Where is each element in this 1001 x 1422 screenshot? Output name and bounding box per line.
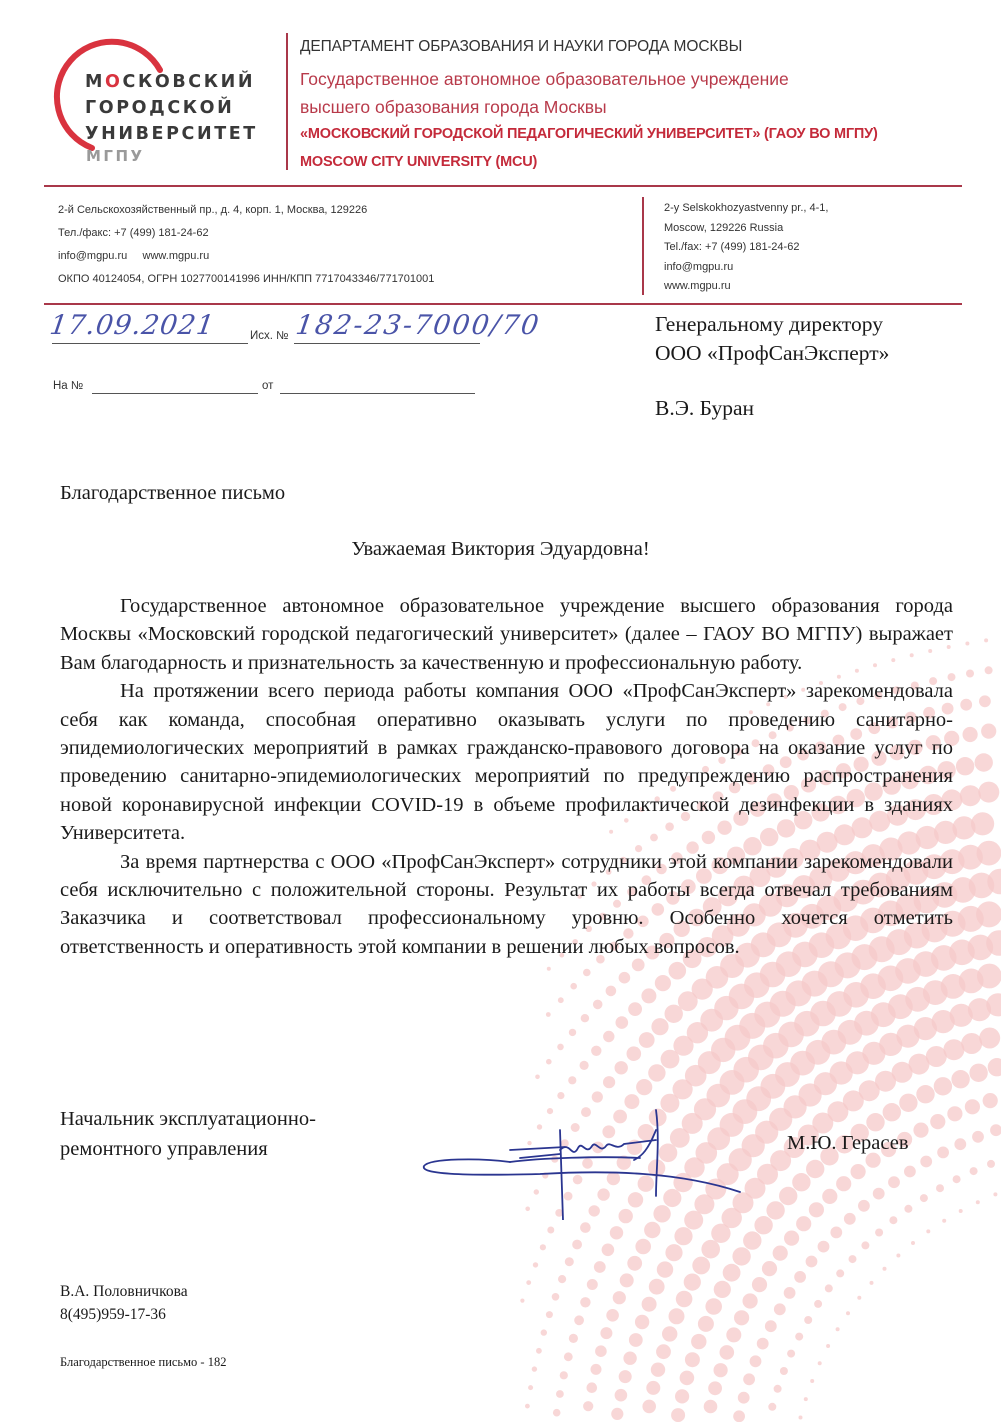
reply-to-label: На № bbox=[53, 380, 83, 392]
recipient-name: В.Э. Буран bbox=[655, 396, 754, 421]
reply-from-label: от bbox=[262, 380, 273, 392]
org-line-1: Государственное автономное образовательн… bbox=[300, 65, 878, 93]
document-type: Благодарственное письмо bbox=[60, 482, 285, 505]
paragraph-1: Государственное автономное образовательн… bbox=[60, 592, 953, 677]
outgoing-number-underline bbox=[294, 343, 480, 344]
org-name-ru: «МОСКОВСКИЙ ГОРОДСКОЙ ПЕДАГОГИЧЕСКИЙ УНИ… bbox=[300, 121, 878, 149]
org-line-2: высшего образования города Москвы bbox=[300, 93, 878, 121]
department-name: ДЕПАРТАМЕНТ ОБРАЗОВАНИЯ И НАУКИ ГОРОДА М… bbox=[300, 37, 878, 65]
address-en-line1: 2-y Selskokhozyastvenny pr., 4-1, bbox=[664, 200, 828, 220]
logo-line-2: ГОРОДСКОЙ bbox=[85, 95, 258, 121]
salutation: Уважаемая Виктория Эдуардовна! bbox=[0, 538, 1001, 561]
website-en-link[interactable]: www.mgpu.ru bbox=[664, 278, 828, 298]
website-link[interactable]: www.mgpu.ru bbox=[143, 250, 210, 262]
phone-en: Tel./fax: +7 (499) 181-24-62 bbox=[664, 239, 828, 259]
header-rule-bottom bbox=[44, 303, 962, 305]
address-en-line2: Moscow, 129226 Russia bbox=[664, 220, 828, 240]
outgoing-number-label: Исх. № bbox=[250, 330, 289, 342]
registration-codes: ОКПО 40124054, ОГРН 1027700141996 ИНН/КП… bbox=[58, 271, 434, 294]
address-en-block: 2-y Selskokhozyastvenny pr., 4-1, Moscow… bbox=[664, 200, 828, 298]
letter-body: Государственное автономное образовательн… bbox=[60, 592, 953, 961]
paragraph-2: На протяжении всего периода работы компа… bbox=[60, 677, 953, 847]
executor-phone: 8(495)959-17-36 bbox=[60, 1303, 188, 1326]
letterhead-org-block: ДЕПАРТАМЕНТ ОБРАЗОВАНИЯ И НАУКИ ГОРОДА М… bbox=[300, 37, 878, 177]
address-ru: 2-й Сельскохозяйственный пр., д. 4, корп… bbox=[58, 202, 434, 225]
date-underline bbox=[52, 343, 248, 344]
handwritten-signature-icon bbox=[420, 1100, 750, 1220]
logo-wordmark: МОСКОВСКИЙ ГОРОДСКОЙ УНИВЕРСИТЕТ bbox=[85, 69, 258, 147]
executor-block: В.А. Половничкова 8(495)959-17-36 bbox=[60, 1280, 188, 1326]
handwritten-outgoing-number: 182-23-7000/70 bbox=[294, 310, 543, 341]
executor-name: В.А. Половничкова bbox=[60, 1280, 188, 1303]
signer-title-line1: Начальник эксплуатационно- bbox=[60, 1104, 316, 1134]
paragraph-3: За время партнерства с ООО «ПрофСанЭкспе… bbox=[60, 848, 953, 962]
recipient-company: ООО «ПрофСанЭксперт» bbox=[655, 339, 889, 368]
contacts-ru: info@mgpu.ru www.mgpu.ru bbox=[58, 248, 434, 271]
logo-line-3: УНИВЕРСИТЕТ bbox=[85, 121, 258, 147]
signer-name: М.Ю. Герасев bbox=[787, 1132, 909, 1155]
handwritten-date: 17.09.2021 bbox=[48, 310, 217, 341]
document-footer-code: Благодарственное письмо - 182 bbox=[60, 1355, 226, 1370]
address-divider bbox=[642, 197, 644, 295]
recipient-block: Генеральному директору ООО «ПрофСанЭкспе… bbox=[655, 310, 889, 368]
phone-ru: Тел./факс: +7 (499) 181-24-62 bbox=[58, 225, 434, 248]
address-ru-block: 2-й Сельскохозяйственный пр., д. 4, корп… bbox=[58, 202, 434, 294]
logo-abbr: МГПУ bbox=[86, 147, 145, 165]
header-divider bbox=[286, 33, 288, 170]
reply-from-underline bbox=[280, 393, 475, 394]
email-link[interactable]: info@mgpu.ru bbox=[58, 250, 127, 262]
signer-title: Начальник эксплуатационно- ремонтного уп… bbox=[60, 1104, 316, 1164]
email-en-link[interactable]: info@mgpu.ru bbox=[664, 259, 828, 279]
org-name-en: MOSCOW CITY UNIVERSITY (MCU) bbox=[300, 149, 878, 177]
reply-to-underline bbox=[92, 393, 258, 394]
logo-line-1: МОСКОВСКИЙ bbox=[85, 69, 258, 95]
header-rule-top bbox=[44, 185, 962, 187]
signer-title-line2: ремонтного управления bbox=[60, 1134, 316, 1164]
recipient-position: Генеральному директору bbox=[655, 310, 889, 339]
